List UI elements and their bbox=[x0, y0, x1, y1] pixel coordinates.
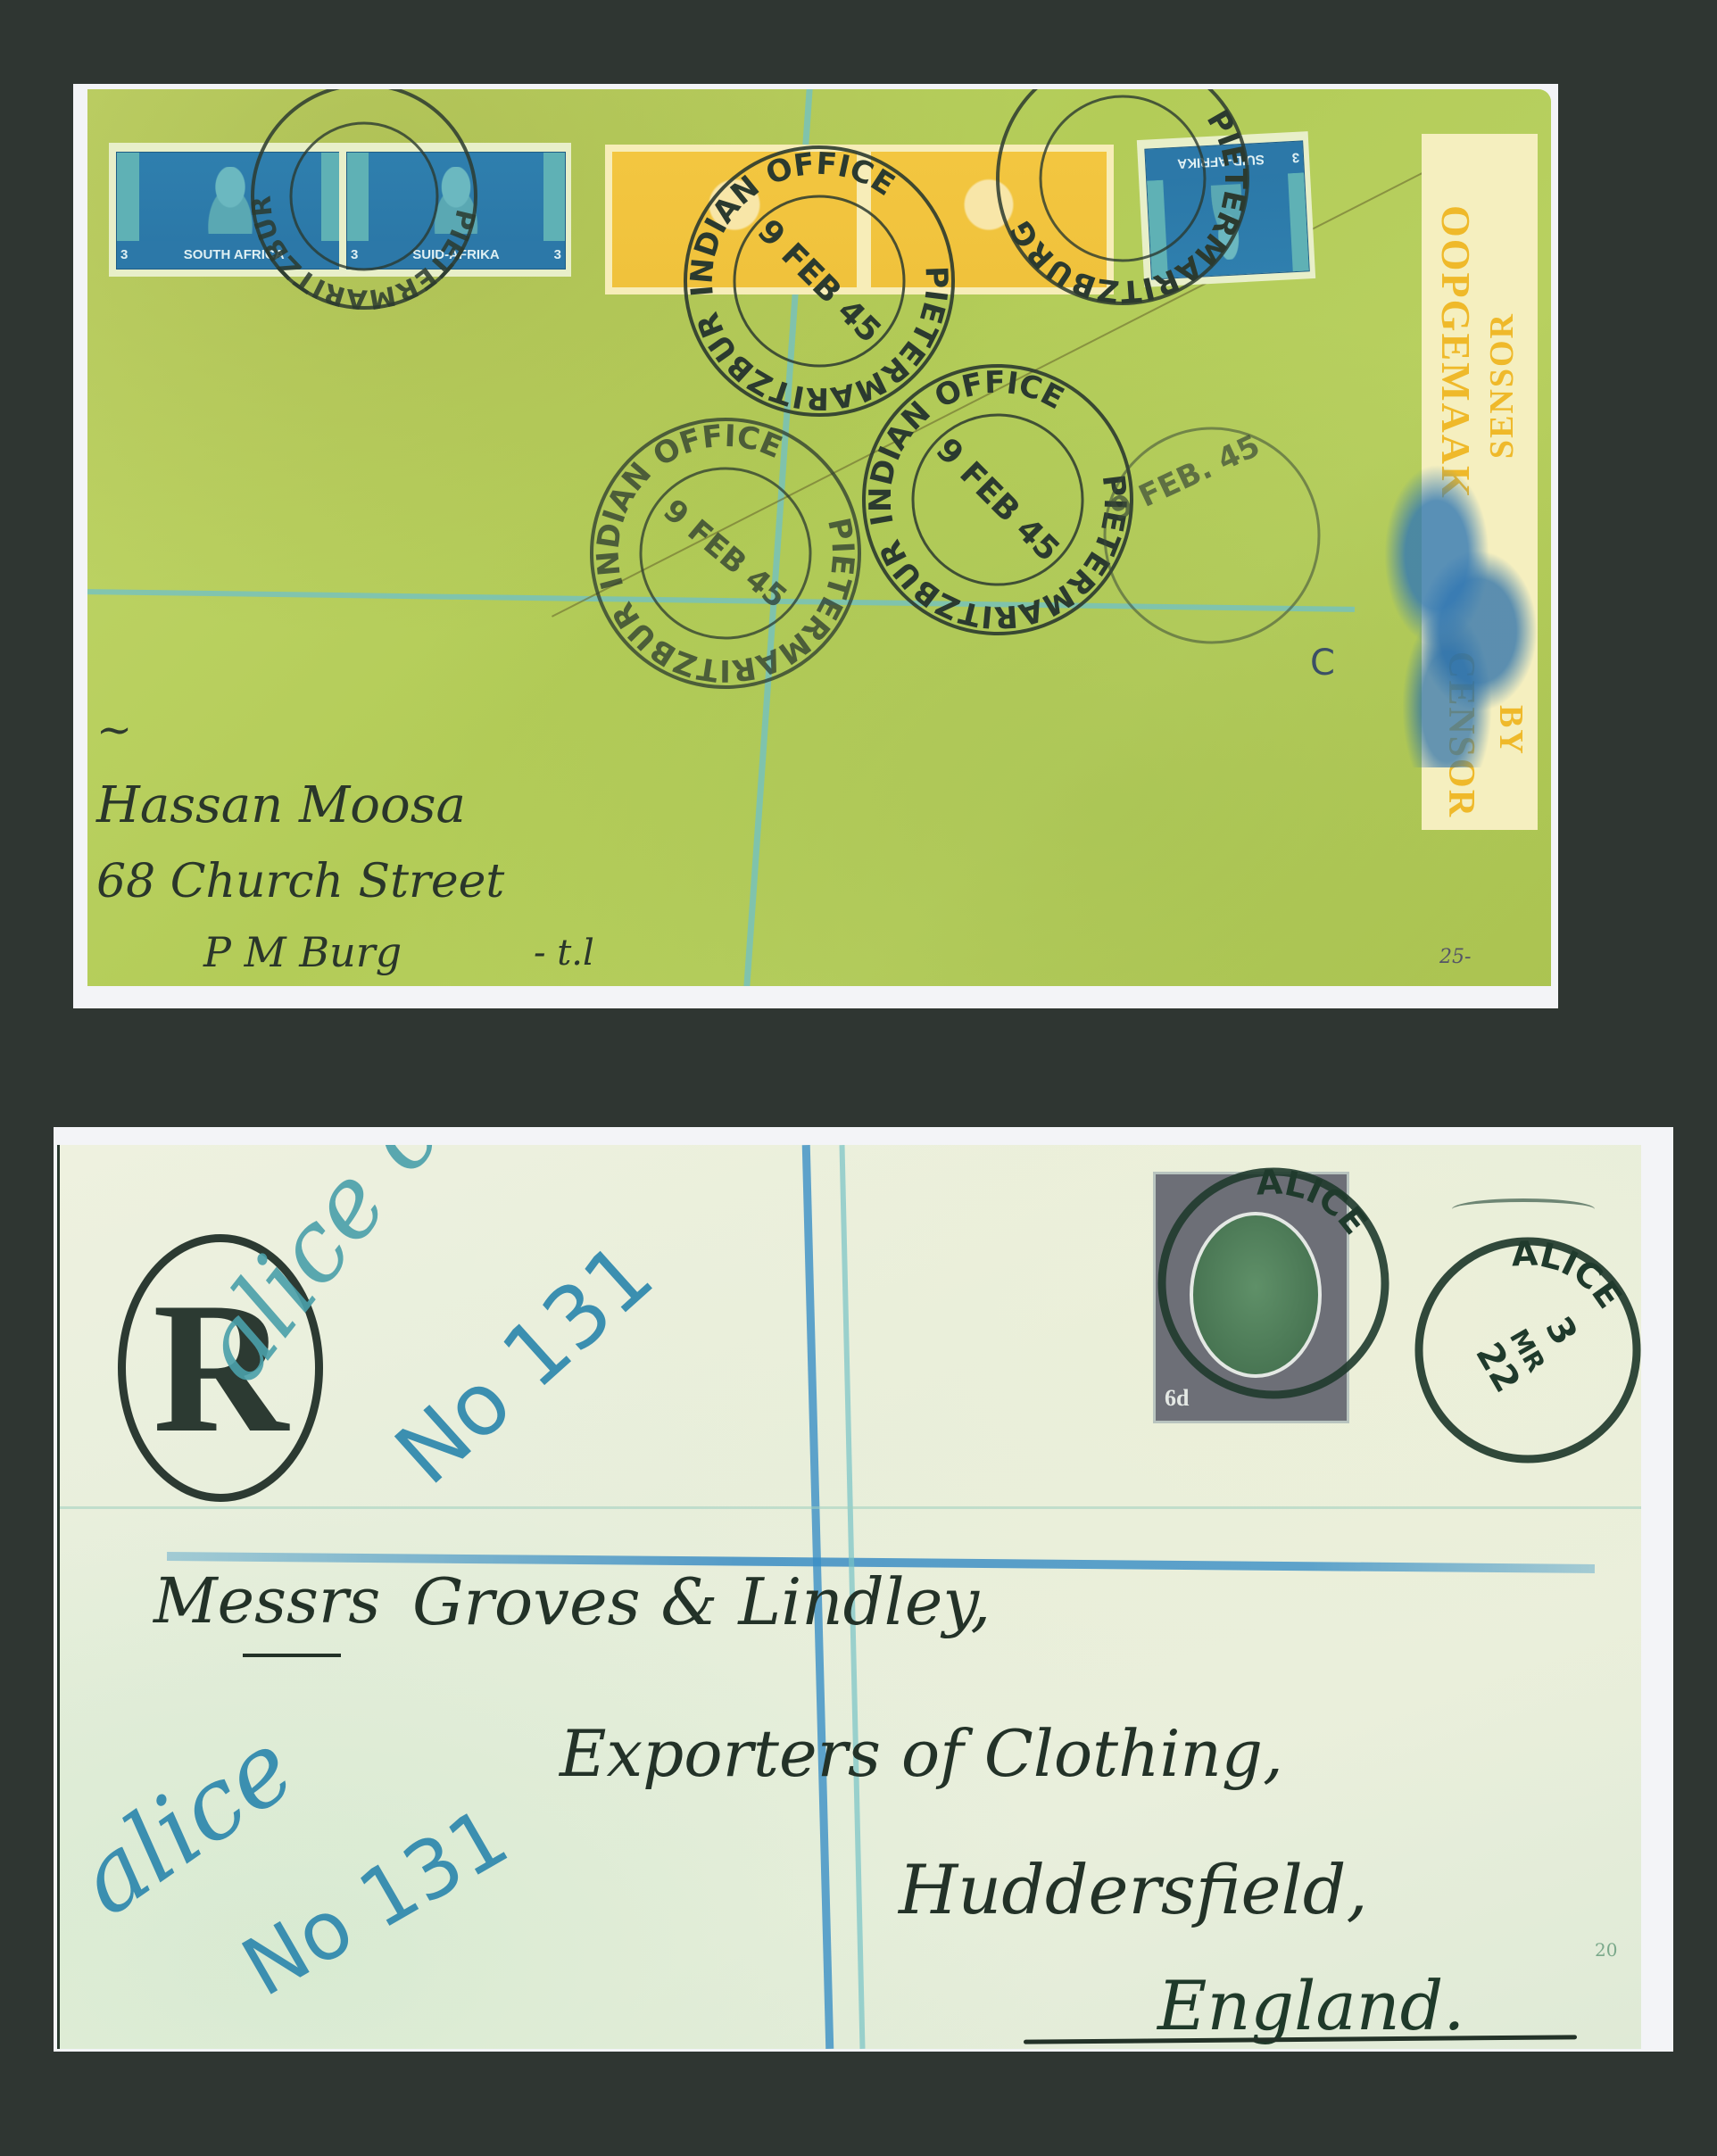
address-line3: Huddersfield, bbox=[899, 1850, 1368, 1929]
stamp-value-right: 3 bbox=[554, 247, 561, 262]
svg-text:ALICE: ALICE bbox=[1256, 1162, 1375, 1241]
sender-city: P M Burg bbox=[203, 928, 402, 976]
salutation-underline bbox=[243, 1654, 341, 1657]
stray-mark-c: C bbox=[1310, 643, 1335, 684]
pencil-note: 20 bbox=[1595, 1939, 1617, 1961]
sender-street: 68 Church Street bbox=[96, 855, 504, 908]
postmark-pietermaritzburg-3: INDIAN OFFICE PIETERMARITZBURG 9 FEB 45 bbox=[583, 410, 868, 696]
svg-text:9 FEB 45: 9 FEB 45 bbox=[929, 431, 1066, 568]
postmark-faint-partial: 9 FEB. 45 bbox=[1078, 402, 1346, 669]
sender-dash: ~ bbox=[96, 705, 132, 755]
svg-text:PIETERMARITZBURG: PIETERMARITZBURG bbox=[1003, 104, 1253, 310]
address-line1: Groves & Lindley, bbox=[412, 1564, 991, 1639]
address-line2: Exporters of Clothing, bbox=[560, 1716, 1283, 1791]
pencil-note: 25- bbox=[1439, 946, 1471, 968]
svg-text:9 FEB 45: 9 FEB 45 bbox=[751, 212, 888, 350]
address-salutation: Messrs bbox=[153, 1564, 380, 1638]
postmark-pietermaritzburg-5: PIETERMARITZBURG bbox=[980, 89, 1265, 321]
svg-text:9 FEB 45: 9 FEB 45 bbox=[657, 493, 794, 616]
faint-guide-line bbox=[60, 1506, 1641, 1509]
svg-text:3: 3 bbox=[1537, 1310, 1585, 1352]
manuscript-no-131-top: No 131 bbox=[377, 1223, 672, 1504]
censor-text-sensor: SENSOR bbox=[1482, 312, 1522, 459]
top-cover-envelope: 3SOUTH AFRICA 3SUID-AFRIKA3 3SUID-AFRIKA… bbox=[87, 89, 1551, 986]
sender-name: Hassan Moosa bbox=[96, 776, 466, 834]
censor-text-oopgemaak: OOPGEMAAK bbox=[1432, 205, 1480, 500]
postmark-alice-top-arc bbox=[1452, 1198, 1595, 1220]
postmark-alice-2: ALICE 3 MR 22 bbox=[1403, 1225, 1641, 1475]
sender-extra: - t.l bbox=[534, 933, 594, 974]
postmark-pietermaritzburg-1: PIETERMARITZBURG bbox=[239, 89, 489, 321]
stamp-value: 3 bbox=[1291, 150, 1299, 165]
svg-text:INDIAN OFFICE: INDIAN OFFICE bbox=[547, 386, 817, 599]
manuscript-alice: alice bbox=[57, 1709, 314, 1937]
bottom-cover-envelope: R alice cape No 131 alice No 131 6d ALIC… bbox=[57, 1145, 1641, 2049]
svg-text:9 FEB. 45: 9 FEB. 45 bbox=[1105, 428, 1265, 528]
postmark-alice-1: ALICE bbox=[1140, 1158, 1407, 1408]
address-line4: England. bbox=[1157, 1966, 1464, 2045]
stamp-value: 3 bbox=[120, 247, 128, 262]
censor-handstamp bbox=[1355, 464, 1551, 767]
